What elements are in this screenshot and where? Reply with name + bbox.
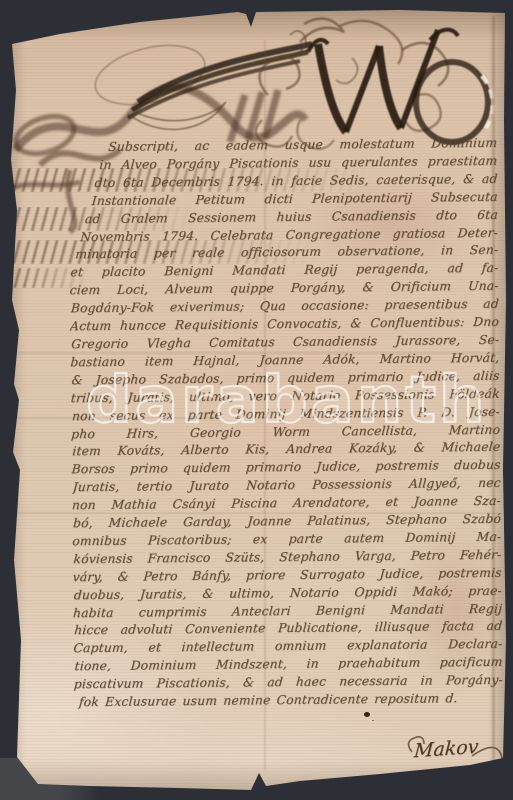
signature: Makov	[413, 736, 479, 763]
manuscript-text-block: Subscripti, ac eadem usque molestatum Do…	[69, 135, 503, 712]
photo-backdrop: Subscripti, ac eadem usque molestatum Do…	[0, 0, 513, 800]
pencil-margin-mark: 2	[13, 470, 19, 480]
ink-blot	[364, 712, 370, 717]
manuscript-paper: Subscripti, ac eadem usque molestatum Do…	[0, 0, 513, 800]
